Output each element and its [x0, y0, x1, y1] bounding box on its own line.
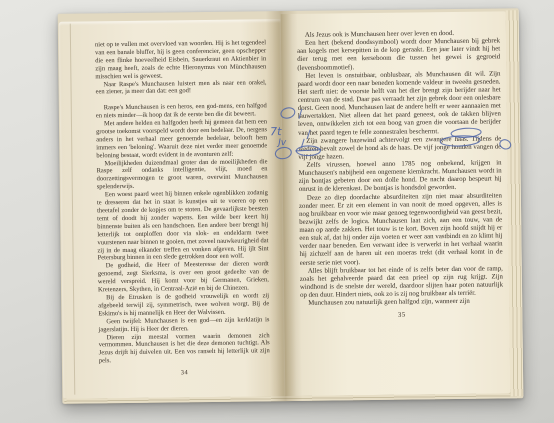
right-page-text: Als Jezus ook is Munchausen heer over le…: [297, 29, 504, 321]
left-page-text: niet op te vullen met overvloed van woor…: [95, 39, 270, 378]
paragraph: Zijn zwangere hazewind achtervolgt een z…: [298, 135, 501, 162]
paragraph: Alles blijft bruikbaar tot het einde of …: [300, 265, 503, 300]
paragraph: Het leven is onstuitbaar, onblusbaar, al…: [297, 70, 501, 137]
paragraph: Een woest paard weet hij binnen enkele o…: [97, 189, 269, 262]
paragraph: Moeilijkheden duizendmaal groter dan de …: [96, 158, 267, 192]
paragraph: De godheid, die Heer of Meesteresse der …: [98, 261, 269, 295]
paragraph: Met andere helden en halfgoden heeft hij…: [96, 118, 267, 160]
open-book: niet op te vullen met overvloed van woor…: [58, 8, 524, 404]
paragraph: Een hert (bekend doodssymbool) wordt doo…: [297, 38, 500, 73]
paragraph: Dieren zijn meestal vormen waarin demone…: [99, 332, 270, 366]
page-edge-line: [70, 24, 76, 395]
paragraph: Deze zo diep doordachte absurditeiten zi…: [299, 192, 503, 268]
photo-background: niet op te vullen met overvloed van woor…: [0, 0, 554, 423]
paragraph: Munchausen zou natuurlijk geen halfgod z…: [300, 298, 503, 309]
paragraph: Zelfs virussen, hoewel anno 1785 nog onb…: [298, 159, 501, 194]
paragraph: Naar Raspe's Munchausen luistert men als…: [95, 79, 266, 97]
paragraph: Bij de Etrusken is de godheid vrouwelijk…: [98, 292, 269, 318]
paragraph: niet op te vullen met overvloed van woor…: [95, 39, 266, 81]
